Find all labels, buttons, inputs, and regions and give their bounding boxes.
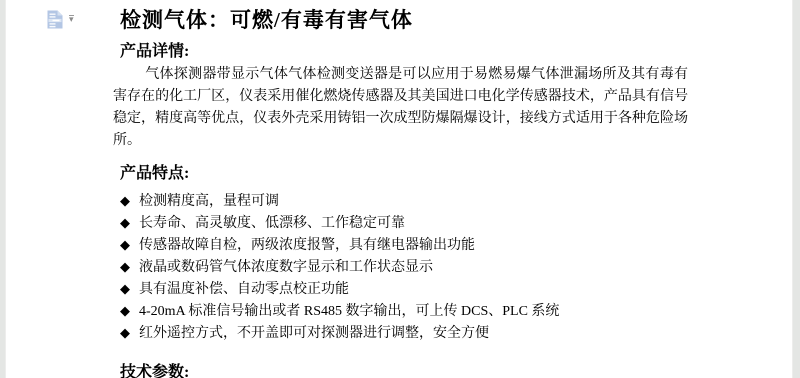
feature-text: 液晶或数码管气体浓度数字显示和工作状态显示 [139, 260, 433, 275]
diamond-bullet-icon: ◆ [120, 212, 130, 233]
diamond-bullet-icon: ◆ [120, 256, 130, 277]
feature-item: ◆检测精度高，量程可调 [120, 190, 692, 212]
feature-item: ◆长寿命、高灵敏度、低漂移、工作稳定可靠 [120, 212, 692, 234]
diamond-bullet-icon: ◆ [120, 234, 130, 255]
diamond-bullet-icon: ◆ [120, 300, 130, 321]
paste-options-dropdown-icon[interactable]: ▾ [69, 15, 74, 24]
feature-item: ◆红外遥控方式，不开盖即可对探测器进行调整，安全方便 [120, 322, 692, 344]
feature-item: ◆4-20mA 标准信号输出或者 RS485 数字输出，可上传 DCS、PLC … [120, 300, 692, 322]
feature-text: 检测精度高，量程可调 [139, 194, 279, 209]
feature-text: 长寿命、高灵敏度、低漂移、工作稳定可靠 [139, 216, 405, 231]
feature-text: 红外遥控方式，不开盖即可对探测器进行调整，安全方便 [139, 326, 489, 341]
feature-item: ◆具有温度补偿、自动零点校正功能 [120, 278, 692, 300]
feature-item: ◆传感器故障自检，两级浓度报警，具有继电器输出功能 [120, 234, 692, 256]
product-details-paragraph: 气体探测器带显示气体气体检测变送器是可以应用于易燃易爆气体泄漏场所及其有毒有害存… [113, 64, 688, 152]
section-heading-features: 产品特点: [120, 165, 692, 183]
section-heading-tech: 技术参数: [120, 364, 692, 378]
page-margin-right [792, 0, 800, 378]
feature-text: 传感器故障自检，两级浓度报警，具有继电器输出功能 [139, 238, 475, 253]
feature-list: ◆检测精度高，量程可调 ◆长寿命、高灵敏度、低漂移、工作稳定可靠 ◆传感器故障自… [120, 190, 692, 344]
feature-text: 4-20mA 标准信号输出或者 RS485 数字输出，可上传 DCS、PLC 系… [139, 304, 559, 319]
paste-options-icon[interactable] [47, 10, 63, 29]
page-margin-left [0, 0, 6, 378]
diamond-bullet-icon: ◆ [120, 278, 130, 299]
feature-item: ◆液晶或数码管气体浓度数字显示和工作状态显示 [120, 256, 692, 278]
section-heading-details: 产品详情: [120, 43, 692, 61]
page-title: 检测气体：可燃/有毒有害气体 [120, 6, 692, 34]
diamond-bullet-icon: ◆ [120, 190, 130, 211]
document-body: 检测气体：可燃/有毒有害气体 产品详情: 气体探测器带显示气体气体检测变送器是可… [120, 6, 692, 378]
feature-text: 具有温度补偿、自动零点校正功能 [139, 282, 349, 297]
diamond-bullet-icon: ◆ [120, 322, 130, 343]
paste-options-button[interactable]: ▾ [47, 10, 74, 29]
